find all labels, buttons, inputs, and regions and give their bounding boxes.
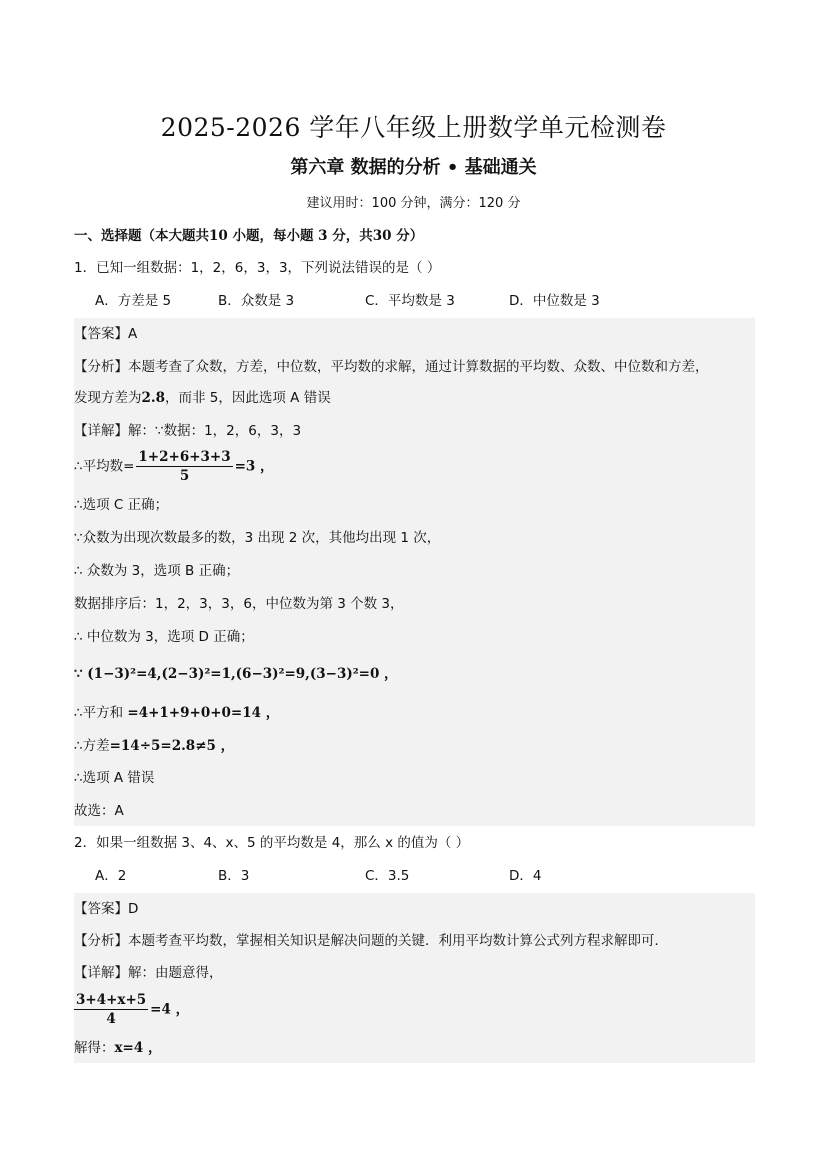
question-1-squared-deviations: ∵ (1−3)²=4,(2−3)²=1,(6−3)²=9,(3−3)²=0 ， <box>74 664 398 684</box>
mean-label: ∴平均数= <box>74 459 134 475</box>
exam-meta: 建议用时：100 分钟，满分：120 分 <box>0 192 827 211</box>
question-2-equation: 3+4+x+54=4 ， <box>74 991 189 1028</box>
question-1-detail-intro: 【详解】解：∵数据：1，2，6，3，3 <box>74 421 301 441</box>
question-2-option-c: C．3.5 <box>365 866 409 886</box>
question-1-detail-a: ∴选项 A 错误 <box>74 768 154 788</box>
question-2-analysis: 【分析】本题考查平均数，掌握相关知识是解决问题的关键．利用平均数计算公式列方程求… <box>74 931 668 951</box>
question-1-detail-b: ∴ 众数为 3，选项 B 正确； <box>74 561 239 581</box>
sum-label: ∴平方和 <box>74 705 127 721</box>
question-2-solution: 解得：x=4 ， <box>74 1038 161 1058</box>
variance-value: 2.8 <box>142 390 166 406</box>
analysis-text: ，而非 5，因此选项 A 错误 <box>165 390 331 406</box>
question-1-answer: 【答案】A <box>74 324 137 344</box>
equation-result: =4 ， <box>150 1002 189 1018</box>
question-2-detail-intro: 【详解】解：由题意得， <box>74 963 223 983</box>
question-1-detail-sorted: 数据排序后：1，2，3，3，6，中位数为第 3 个数 3， <box>74 594 404 614</box>
question-2-option-a: A．2 <box>95 866 126 886</box>
question-1-analysis-line-1: 【分析】本题考查了众数，方差，中位数，平均数的求解，通过计算数据的平均数、众数、… <box>74 357 709 377</box>
question-1-choice: 故选：A <box>74 801 124 821</box>
variance-label: ∴方差 <box>74 738 110 754</box>
question-1-stem: 1．已知一组数据：1，2，6，3，3，下列说法错误的是（ ） <box>74 258 440 278</box>
variance-value: =14÷5=2.8≠5 ， <box>110 738 235 754</box>
question-2-option-d: D．4 <box>509 866 541 886</box>
question-1-detail-mode: ∵众数为出现次数最多的数，3 出现 2 次，其他均出现 1 次， <box>74 528 440 548</box>
analysis-text: 发现方差为 <box>74 390 142 406</box>
question-1-analysis-line-2: 发现方差为2.8，而非 5，因此选项 A 错误 <box>74 388 331 408</box>
question-2-answer: 【答案】D <box>74 899 138 919</box>
question-1-sum-of-squares: ∴平方和 =4+1+9+0+0=14 ， <box>74 703 279 723</box>
section-heading: 一、选择题（本大题共10 小题，每小题 3 分，共30 分） <box>74 226 423 246</box>
question-2-option-b: B．3 <box>218 866 249 886</box>
document-page: 2025-2026 学年八年级上册数学单元检测卷 第六章 数据的分析 • 基础通… <box>0 0 827 1169</box>
question-1-detail-c: ∴选项 C 正确； <box>74 495 168 515</box>
solve-label: 解得： <box>74 1040 115 1056</box>
fraction-numerator: 1+2+6+3+3 <box>136 448 232 467</box>
question-2-stem: 2．如果一组数据 3、4、x、5 的平均数是 4，那么 x 的值为（ ） <box>74 833 469 853</box>
question-1-detail-d: ∴ 中位数为 3，选项 D 正确； <box>74 627 254 647</box>
fraction-denominator: 5 <box>136 467 232 485</box>
question-1-option-b: B．众数是 3 <box>218 291 294 311</box>
question-1-option-c: C．平均数是 3 <box>365 291 455 311</box>
sum-value: =4+1+9+0+0=14 ， <box>127 705 279 721</box>
question-1-variance: ∴方差=14÷5=2.8≠5 ， <box>74 736 234 756</box>
question-1-option-d: D．中位数是 3 <box>509 291 600 311</box>
fraction-denominator: 4 <box>74 1010 148 1028</box>
solve-value: x=4 ， <box>115 1040 162 1056</box>
chapter-subtitle: 第六章 数据的分析 • 基础通关 <box>0 153 827 179</box>
question-1-option-a: A．方差是 5 <box>95 291 171 311</box>
document-title: 2025-2026 学年八年级上册数学单元检测卷 <box>0 108 827 144</box>
fraction-numerator: 3+4+x+5 <box>74 991 148 1010</box>
mean-fraction: 1+2+6+3+35 <box>136 448 232 485</box>
question-1-mean-equation: ∴平均数=1+2+6+3+35=3 ， <box>74 448 274 485</box>
mean-result: =3 ， <box>235 459 274 475</box>
mean-fraction: 3+4+x+54 <box>74 991 148 1028</box>
